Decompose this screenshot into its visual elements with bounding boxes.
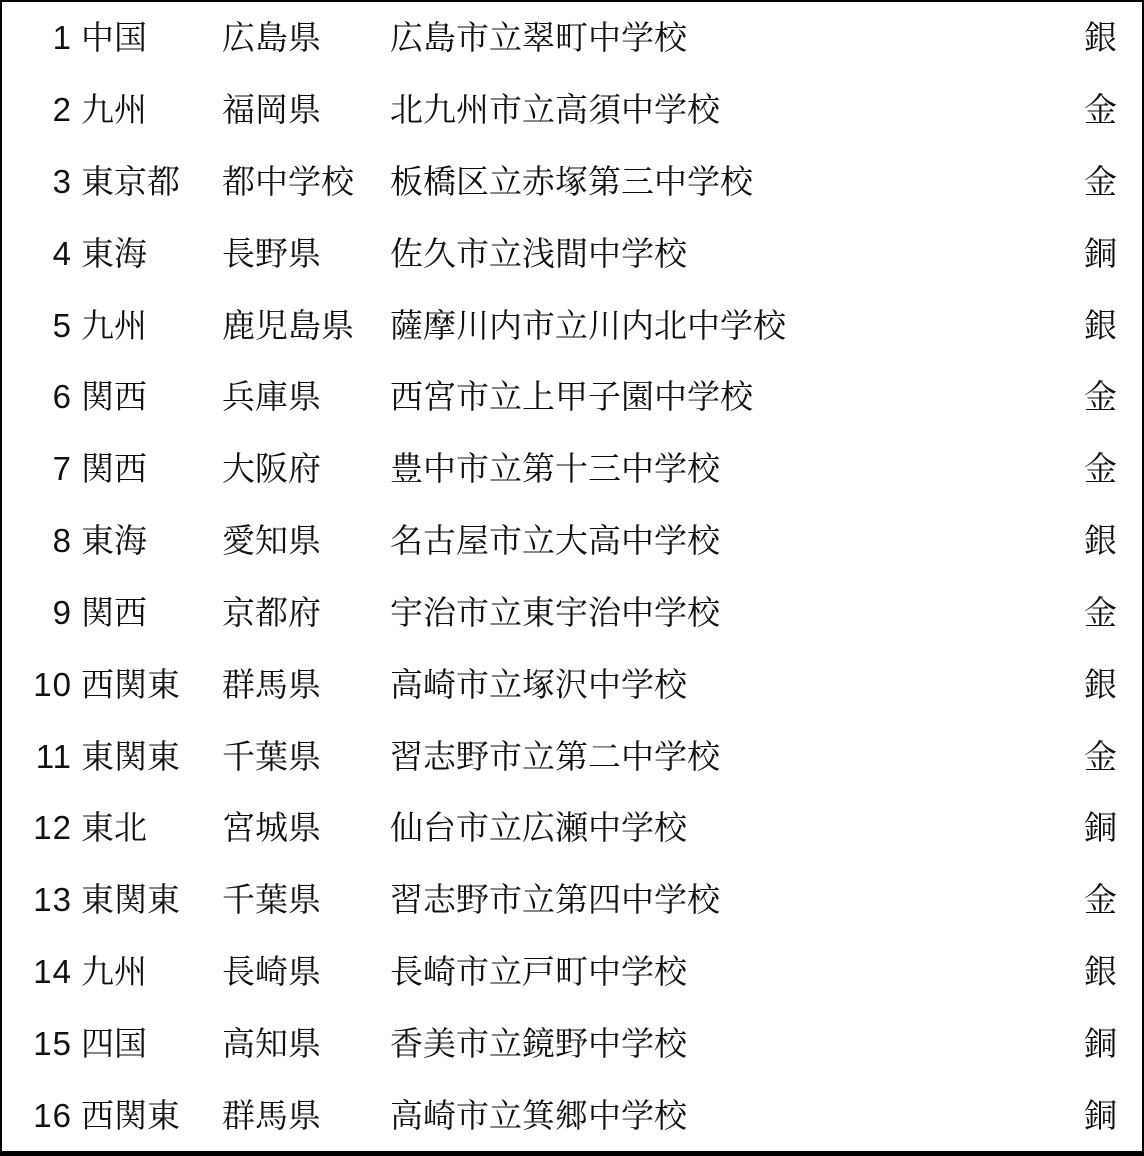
school-name-cell: 板橋区立赤塚第三中学校 bbox=[390, 165, 1077, 198]
region-cell: 西関東 bbox=[81, 668, 222, 701]
school-name-cell: 習志野市立第二中学校 bbox=[390, 740, 1077, 773]
region-cell: 関西 bbox=[81, 596, 222, 629]
school-name-cell: 長崎市立戸町中学校 bbox=[390, 955, 1077, 988]
medal-cell: 銅 bbox=[1077, 1099, 1142, 1132]
region-cell: 九州 bbox=[81, 955, 222, 988]
medal-cell: 銀 bbox=[1077, 21, 1142, 54]
prefecture-cell: 広島県 bbox=[222, 21, 390, 54]
school-name-cell: 薩摩川内市立川内北中学校 bbox=[390, 309, 1077, 342]
prefecture-cell: 高知県 bbox=[222, 1027, 390, 1060]
medal-cell: 銅 bbox=[1077, 811, 1142, 844]
prefecture-cell: 千葉県 bbox=[222, 740, 390, 773]
region-cell: 東海 bbox=[81, 524, 222, 557]
row-number-cell: 16 bbox=[2, 1099, 72, 1132]
table-row: 11 東関東 千葉県 習志野市立第二中学校 金 bbox=[2, 720, 1142, 792]
region-cell: 東北 bbox=[81, 811, 222, 844]
medal-cell: 金 bbox=[1077, 93, 1142, 126]
school-name-cell: 北九州市立高須中学校 bbox=[390, 93, 1077, 126]
region-cell: 四国 bbox=[81, 1027, 222, 1060]
medal-cell: 銀 bbox=[1077, 524, 1142, 557]
school-name-cell: 仙台市立広瀬中学校 bbox=[390, 811, 1077, 844]
row-number-cell: 4 bbox=[2, 237, 72, 270]
row-number-cell: 12 bbox=[2, 811, 72, 844]
medal-cell: 金 bbox=[1077, 380, 1142, 413]
prefecture-cell: 兵庫県 bbox=[222, 380, 390, 413]
school-name-cell: 高崎市立箕郷中学校 bbox=[390, 1099, 1077, 1132]
row-number-cell: 6 bbox=[2, 380, 72, 413]
school-name-cell: 西宮市立上甲子園中学校 bbox=[390, 380, 1077, 413]
prefecture-cell: 愛知県 bbox=[222, 524, 390, 557]
table-row: 13 東関東 千葉県 習志野市立第四中学校 金 bbox=[2, 864, 1142, 936]
medal-cell: 銀 bbox=[1077, 955, 1142, 988]
table-row: 15 四国 高知県 香美市立鏡野中学校 銅 bbox=[2, 1007, 1142, 1079]
school-name-cell: 習志野市立第四中学校 bbox=[390, 883, 1077, 916]
results-page: 1 中国 広島県 広島市立翠町中学校 銀 2 九州 福岡県 北九州市立高須中学校… bbox=[0, 0, 1144, 1156]
table-row: 8 東海 愛知県 名古屋市立大高中学校 銀 bbox=[2, 505, 1142, 577]
region-cell: 東関東 bbox=[81, 740, 222, 773]
table-row: 3 東京都 都中学校 板橋区立赤塚第三中学校 金 bbox=[2, 146, 1142, 218]
table-row: 12 東北 宮城県 仙台市立広瀬中学校 銅 bbox=[2, 792, 1142, 864]
prefecture-cell: 大阪府 bbox=[222, 452, 390, 485]
table-row: 9 関西 京都府 宇治市立東宇治中学校 金 bbox=[2, 577, 1142, 649]
row-number-cell: 5 bbox=[2, 309, 72, 342]
row-number-cell: 15 bbox=[2, 1027, 72, 1060]
row-number-cell: 1 bbox=[2, 21, 72, 54]
row-number-cell: 3 bbox=[2, 165, 72, 198]
row-number-cell: 13 bbox=[2, 883, 72, 916]
region-cell: 九州 bbox=[81, 93, 222, 126]
prefecture-cell: 群馬県 bbox=[222, 1099, 390, 1132]
region-cell: 東関東 bbox=[81, 883, 222, 916]
prefecture-cell: 群馬県 bbox=[222, 668, 390, 701]
row-number-cell: 8 bbox=[2, 524, 72, 557]
table-row: 5 九州 鹿児島県 薩摩川内市立川内北中学校 銀 bbox=[2, 289, 1142, 361]
row-number-cell: 7 bbox=[2, 452, 72, 485]
region-cell: 東京都 bbox=[81, 165, 222, 198]
school-name-cell: 香美市立鏡野中学校 bbox=[390, 1027, 1077, 1060]
medal-cell: 金 bbox=[1077, 165, 1142, 198]
prefecture-cell: 千葉県 bbox=[222, 883, 390, 916]
row-number-cell: 11 bbox=[2, 740, 72, 773]
region-cell: 関西 bbox=[81, 380, 222, 413]
region-cell: 西関東 bbox=[81, 1099, 222, 1132]
school-name-cell: 名古屋市立大高中学校 bbox=[390, 524, 1077, 557]
school-name-cell: 佐久市立浅間中学校 bbox=[390, 237, 1077, 270]
table-row: 1 中国 広島県 広島市立翠町中学校 銀 bbox=[2, 2, 1142, 74]
prefecture-cell: 宮城県 bbox=[222, 811, 390, 844]
results-table: 1 中国 広島県 広島市立翠町中学校 銀 2 九州 福岡県 北九州市立高須中学校… bbox=[2, 2, 1142, 1151]
medal-cell: 銅 bbox=[1077, 1027, 1142, 1060]
medal-cell: 銀 bbox=[1077, 668, 1142, 701]
table-row: 4 東海 長野県 佐久市立浅間中学校 銅 bbox=[2, 217, 1142, 289]
row-number-cell: 2 bbox=[2, 93, 72, 126]
table-row: 2 九州 福岡県 北九州市立高須中学校 金 bbox=[2, 74, 1142, 146]
school-name-cell: 広島市立翠町中学校 bbox=[390, 21, 1077, 54]
table-row: 7 関西 大阪府 豊中市立第十三中学校 金 bbox=[2, 433, 1142, 505]
region-cell: 東海 bbox=[81, 237, 222, 270]
prefecture-cell: 福岡県 bbox=[222, 93, 390, 126]
medal-cell: 金 bbox=[1077, 452, 1142, 485]
prefecture-cell: 鹿児島県 bbox=[222, 309, 390, 342]
row-number-cell: 14 bbox=[2, 955, 72, 988]
medal-cell: 金 bbox=[1077, 596, 1142, 629]
medal-cell: 銀 bbox=[1077, 309, 1142, 342]
prefecture-cell: 長野県 bbox=[222, 237, 390, 270]
table-row: 14 九州 長崎県 長崎市立戸町中学校 銀 bbox=[2, 936, 1142, 1008]
table-row: 6 関西 兵庫県 西宮市立上甲子園中学校 金 bbox=[2, 361, 1142, 433]
medal-cell: 金 bbox=[1077, 883, 1142, 916]
school-name-cell: 豊中市立第十三中学校 bbox=[390, 452, 1077, 485]
table-row: 16 西関東 群馬県 高崎市立箕郷中学校 銅 bbox=[2, 1079, 1142, 1151]
medal-cell: 金 bbox=[1077, 740, 1142, 773]
prefecture-cell: 長崎県 bbox=[222, 955, 390, 988]
row-number-cell: 10 bbox=[2, 668, 72, 701]
medal-cell: 銅 bbox=[1077, 237, 1142, 270]
table-row: 10 西関東 群馬県 高崎市立塚沢中学校 銀 bbox=[2, 648, 1142, 720]
school-name-cell: 高崎市立塚沢中学校 bbox=[390, 668, 1077, 701]
region-cell: 中国 bbox=[81, 21, 222, 54]
row-number-cell: 9 bbox=[2, 596, 72, 629]
region-cell: 九州 bbox=[81, 309, 222, 342]
region-cell: 関西 bbox=[81, 452, 222, 485]
prefecture-cell: 都中学校 bbox=[222, 165, 390, 198]
prefecture-cell: 京都府 bbox=[222, 596, 390, 629]
school-name-cell: 宇治市立東宇治中学校 bbox=[390, 596, 1077, 629]
